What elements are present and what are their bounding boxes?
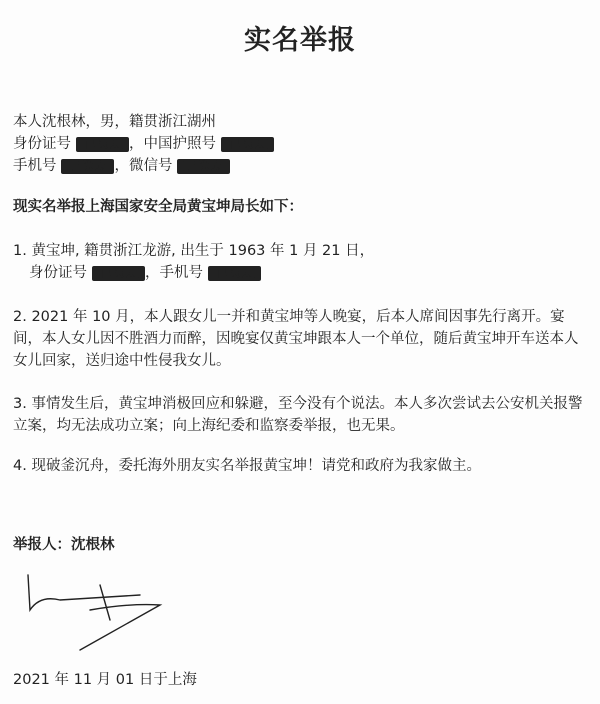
redacted-accused-phone-number: [已隐去] bbox=[208, 266, 261, 281]
date-place: 2021 年 11 月 01 日于上海 bbox=[13, 669, 588, 691]
item-3: 3. 事情发生后，黄宝坤消极回应和躲避，至今没有个说法。本人多次尝试去公安机关报… bbox=[13, 393, 588, 437]
redacted-id-number: [已隐去] bbox=[76, 137, 129, 152]
item-1: 1. 黄宝坤, 籍贯浙江龙游, 出生于 1963 年 1 月 21 日， 身份证… bbox=[13, 240, 588, 284]
item-4: 4. 现破釜沉舟，委托海外朋友实名举报黄宝坤！请党和政府为我家做主。 bbox=[13, 455, 588, 477]
redacted-passport-number: [已隐去] bbox=[221, 137, 274, 152]
report-heading: 现实名举报上海国家安全局黄宝坤局长如下： bbox=[13, 196, 588, 218]
reporter-info: 本人沈根林，男，籍贯浙江湖州 身份证号 [已隐去]，中国护照号 [已隐去] 手机… bbox=[13, 111, 588, 177]
phone-label: 手机号 bbox=[13, 158, 57, 174]
redacted-wechat-id: [已隐去] bbox=[177, 159, 230, 174]
reporter-intro: 本人沈根林，男，籍贯浙江湖州 bbox=[13, 111, 588, 133]
reporter-contact-line: 手机号 [已隐去]，微信号 [已隐去] bbox=[13, 155, 588, 177]
item-2: 2. 2021 年 10 月，本人跟女儿一并和黄宝坤等人晚宴，后本人席间因事先行… bbox=[13, 306, 588, 372]
id-label: 身份证号 bbox=[13, 136, 71, 152]
signature-placeholder bbox=[20, 565, 170, 655]
accused-id-label: 身份证号 bbox=[29, 265, 87, 281]
redacted-accused-id-number: [已隐去] bbox=[92, 266, 145, 281]
redacted-phone-number: [已隐去] bbox=[61, 159, 114, 174]
accused-phone-label: ，手机号 bbox=[145, 265, 203, 281]
document-title: 实名举报 bbox=[0, 18, 600, 57]
reporter-label: 举报人：沈根林 bbox=[13, 534, 588, 556]
reporter-id-line: 身份证号 [已隐去]，中国护照号 [已隐去] bbox=[13, 133, 588, 155]
wechat-label: ，微信号 bbox=[114, 158, 172, 174]
passport-label: ，中国护照号 bbox=[129, 136, 216, 152]
item-1-line2: 身份证号 [已隐去]，手机号 [已隐去] bbox=[13, 262, 588, 284]
item-1-line1: 1. 黄宝坤, 籍贯浙江龙游, 出生于 1963 年 1 月 21 日， bbox=[13, 240, 588, 262]
